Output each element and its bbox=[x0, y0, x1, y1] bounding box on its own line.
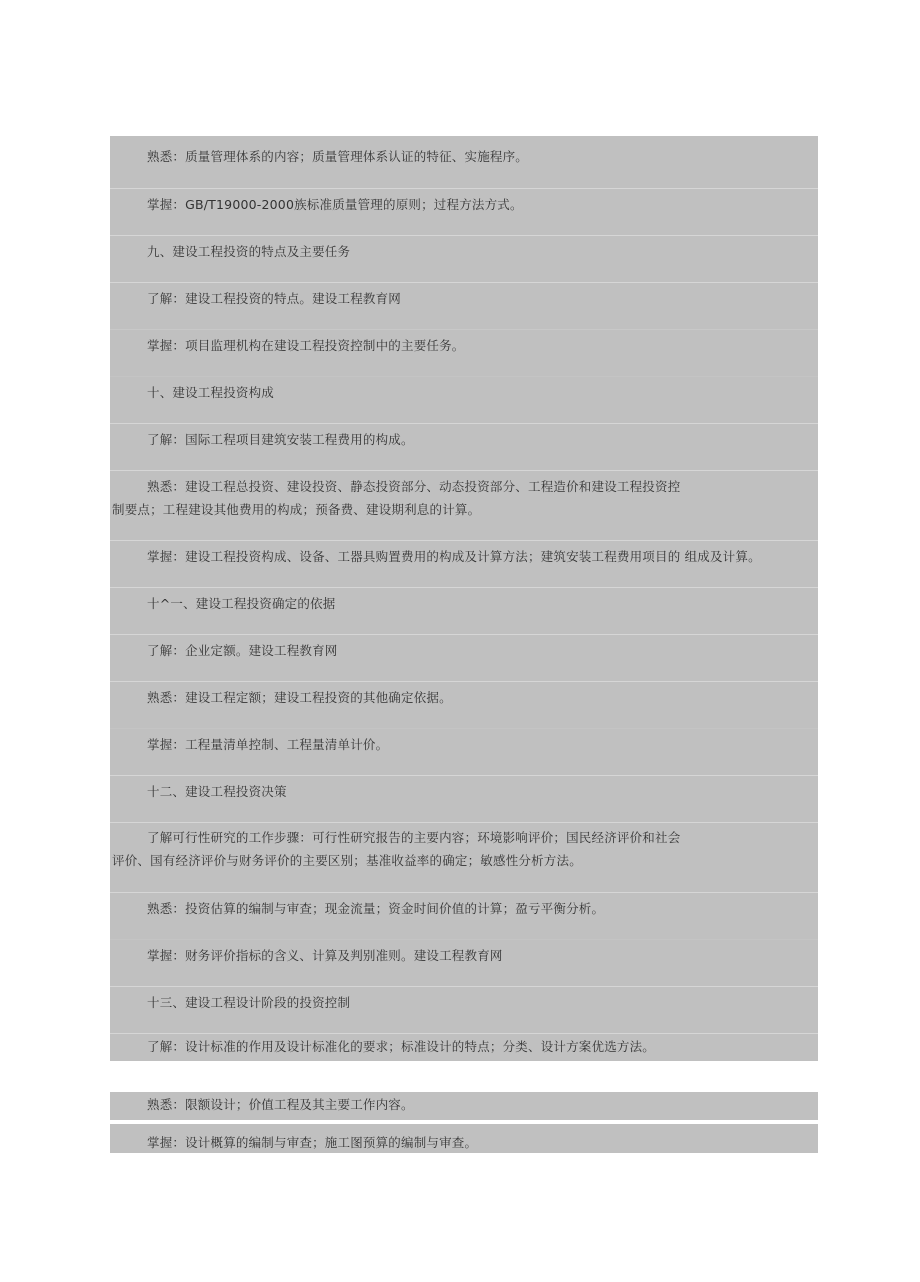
row-text-line-1: 熟悉：建设工程总投资、建设投资、静态投资部分、动态投资部分、工程造价和建设工程投… bbox=[147, 479, 680, 495]
table-row: 了解：国际工程项目建筑安装工程费用的构成。 bbox=[110, 423, 818, 470]
continued-block: 熟悉：限额设计；价值工程及其主要工作内容。 bbox=[110, 1092, 818, 1120]
row-text: 熟悉：投资估算的编制与审查；现金流量；资金时间价值的计算；盈亏平衡分析。 bbox=[147, 901, 604, 917]
row-text: 掌握：工程量清单控制、工程量清单计价。 bbox=[147, 737, 388, 753]
section-heading-row: 十二、建设工程投资决策 bbox=[110, 775, 818, 822]
section-heading-row: 九、建设工程投资的特点及主要任务 bbox=[110, 235, 818, 282]
row-text: 熟悉：限额设计；价值工程及其主要工作内容。 bbox=[147, 1097, 414, 1113]
row-text: 了解：国际工程项目建筑安装工程费用的构成。 bbox=[147, 432, 414, 448]
table-row: 熟悉：投资估算的编制与审查；现金流量；资金时间价值的计算；盈亏平衡分析。 bbox=[110, 892, 818, 939]
row-text: 熟悉：建设工程定额；建设工程投资的其他确定依据。 bbox=[147, 690, 452, 706]
section-heading-row: 十^一、建设工程投资确定的依据 bbox=[110, 587, 818, 634]
table-row: 熟悉：建设工程总投资、建设投资、静态投资部分、动态投资部分、工程造价和建设工程投… bbox=[110, 470, 818, 540]
continued-block: 掌握：设计概算的编制与审查；施工图预算的编制与审查。 bbox=[110, 1124, 818, 1153]
table-row: 掌握：财务评价指标的含义、计算及判别准则。建设工程教育网 bbox=[110, 939, 818, 986]
section-heading-row: 十三、建设工程设计阶段的投资控制 bbox=[110, 986, 818, 1033]
table-row: 了解：企业定额。建设工程教育网 bbox=[110, 634, 818, 681]
table-row: 掌握：工程量清单控制、工程量清单计价。 bbox=[110, 728, 818, 775]
row-text: 了解：企业定额。建设工程教育网 bbox=[147, 643, 338, 659]
row-text-line-2: 评价、国有经济评价与财务评价的主要区别；基准收益率的确定；敏感性分析方法。 bbox=[112, 853, 582, 869]
table-row: 掌握：建设工程投资构成、设备、工器具购置费用的构成及计算方法；建筑安装工程费用项… bbox=[110, 540, 818, 587]
row-text: 了解：设计标准的作用及设计标准化的要求；标准设计的特点；分类、设计方案优选方法。 bbox=[147, 1039, 655, 1055]
table-row: 掌握：项目监理机构在建设工程投资控制中的主要任务。 bbox=[110, 329, 818, 376]
table-row: 了解：设计标准的作用及设计标准化的要求；标准设计的特点；分类、设计方案优选方法。 bbox=[110, 1033, 818, 1061]
table-row: 了解可行性研究的工作步骤：可行性研究报告的主要内容；环境影响评价；国民经济评价和… bbox=[110, 822, 818, 892]
table-row: 掌握：设计概算的编制与审查；施工图预算的编制与审查。 bbox=[110, 1124, 818, 1153]
section-heading: 十二、建设工程投资决策 bbox=[147, 784, 287, 800]
document-page: 熟悉：质量管理体系的内容；质量管理体系认证的特征、实施程序。 掌握：GB/T19… bbox=[0, 0, 920, 1282]
row-text: 熟悉：质量管理体系的内容；质量管理体系认证的特征、实施程序。 bbox=[147, 149, 528, 165]
row-text: 掌握：设计概算的编制与审查；施工图预算的编制与审查。 bbox=[147, 1135, 477, 1151]
section-heading-row: 十、建设工程投资构成 bbox=[110, 376, 818, 423]
row-text: 了解：建设工程投资的特点。建设工程教育网 bbox=[147, 291, 401, 307]
table-row: 了解：建设工程投资的特点。建设工程教育网 bbox=[110, 282, 818, 329]
row-text: 掌握：财务评价指标的含义、计算及判别准则。建设工程教育网 bbox=[147, 948, 503, 964]
table-row: 掌握：GB/T19000-2000族标准质量管理的原则；过程方法方式。 bbox=[110, 188, 818, 235]
table-row: 熟悉：限额设计；价值工程及其主要工作内容。 bbox=[110, 1092, 818, 1120]
section-heading: 十三、建设工程设计阶段的投资控制 bbox=[147, 995, 350, 1011]
section-heading: 十^一、建设工程投资确定的依据 bbox=[147, 596, 335, 612]
row-text-line-1: 了解可行性研究的工作步骤：可行性研究报告的主要内容；环境影响评价；国民经济评价和… bbox=[147, 830, 680, 846]
row-text-line-2: 制要点；工程建设其他费用的构成；预备费、建设期利息的计算。 bbox=[112, 502, 480, 518]
row-text: 掌握：项目监理机构在建设工程投资控制中的主要任务。 bbox=[147, 338, 465, 354]
row-text: 掌握：GB/T19000-2000族标准质量管理的原则；过程方法方式。 bbox=[147, 197, 523, 213]
table-row: 熟悉：质量管理体系的内容；质量管理体系认证的特征、实施程序。 bbox=[110, 136, 818, 188]
table-row: 熟悉：建设工程定额；建设工程投资的其他确定依据。 bbox=[110, 681, 818, 728]
row-text: 掌握：建设工程投资构成、设备、工器具购置费用的构成及计算方法；建筑安装工程费用项… bbox=[147, 549, 761, 565]
syllabus-table: 熟悉：质量管理体系的内容；质量管理体系认证的特征、实施程序。 掌握：GB/T19… bbox=[110, 136, 818, 1061]
section-heading: 九、建设工程投资的特点及主要任务 bbox=[147, 244, 350, 260]
section-heading: 十、建设工程投资构成 bbox=[147, 385, 274, 401]
